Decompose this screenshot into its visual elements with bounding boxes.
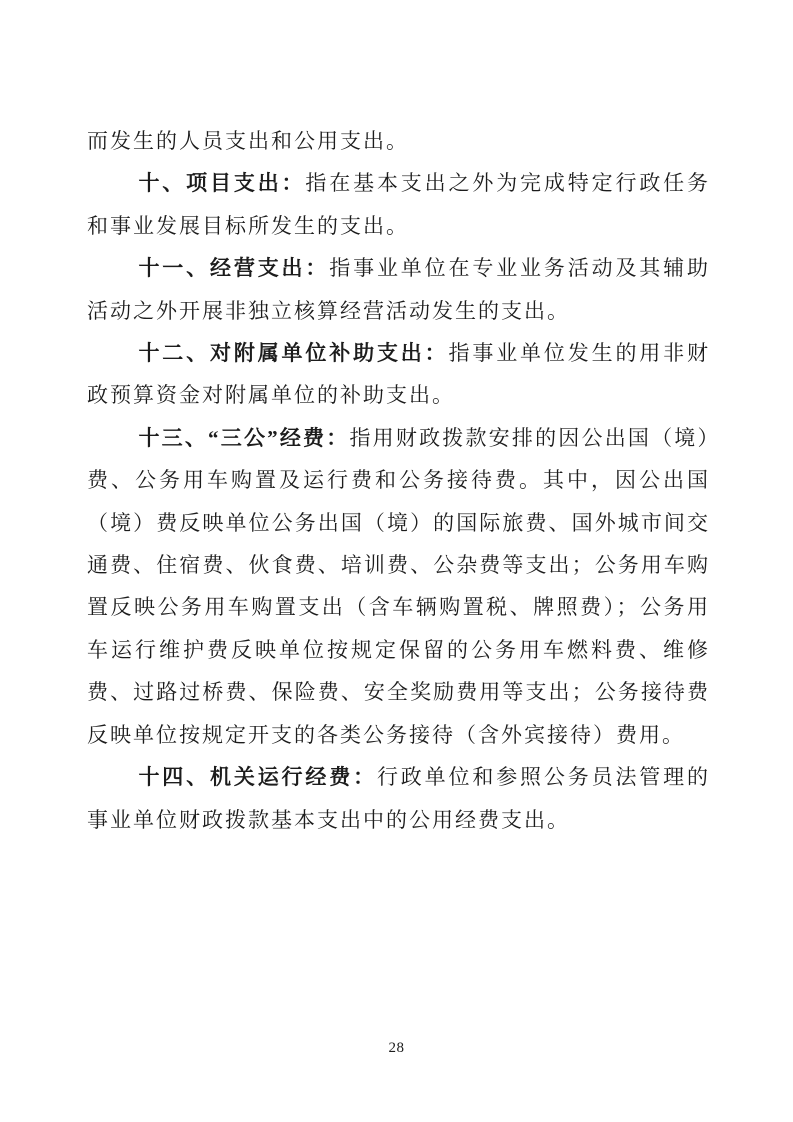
text-content: 而发生的人员支出和公用支出。 十、项目支出：指在基本支出之外为完成特定行政任务和… (87, 120, 710, 841)
paragraph: 十二、对附属单位补助支出：指事业单位发生的用非财政预算资金对附属单位的补助支出。 (87, 332, 710, 417)
paragraph: 十四、机关运行经费：行政单位和参照公务员法管理的事业单位财政拨款基本支出中的公用… (87, 756, 710, 841)
paragraph: 十一、经营支出：指事业单位在专业业务活动及其辅助活动之外开展非独立核算经营活动发… (87, 247, 710, 332)
paragraph-body: 指用财政拨款安排的因公出国（境）费、公务用车购置及运行费和公务接待费。其中，因公… (87, 426, 710, 747)
paragraph: 十、项目支出：指在基本支出之外为完成特定行政任务和事业发展目标所发生的支出。 (87, 162, 710, 247)
paragraph-lead: 十二、对附属单位补助支出： (138, 341, 448, 365)
paragraph: 而发生的人员支出和公用支出。 (87, 120, 710, 162)
paragraph-lead: 十、项目支出： (138, 171, 305, 195)
paragraph-lead: 十四、机关运行经费： (138, 765, 377, 789)
paragraph: 十三、“三公”经费：指用财政拨款安排的因公出国（境）费、公务用车购置及运行费和公… (87, 417, 710, 756)
paragraph-lead: 十三、“三公”经费： (138, 426, 349, 450)
paragraph-body: 而发生的人员支出和公用支出。 (87, 129, 409, 153)
document-page: 而发生的人员支出和公用支出。 十、项目支出：指在基本支出之外为完成特定行政任务和… (0, 0, 793, 1122)
page-number: 28 (0, 1038, 793, 1058)
paragraph-lead: 十一、经营支出： (138, 256, 329, 280)
